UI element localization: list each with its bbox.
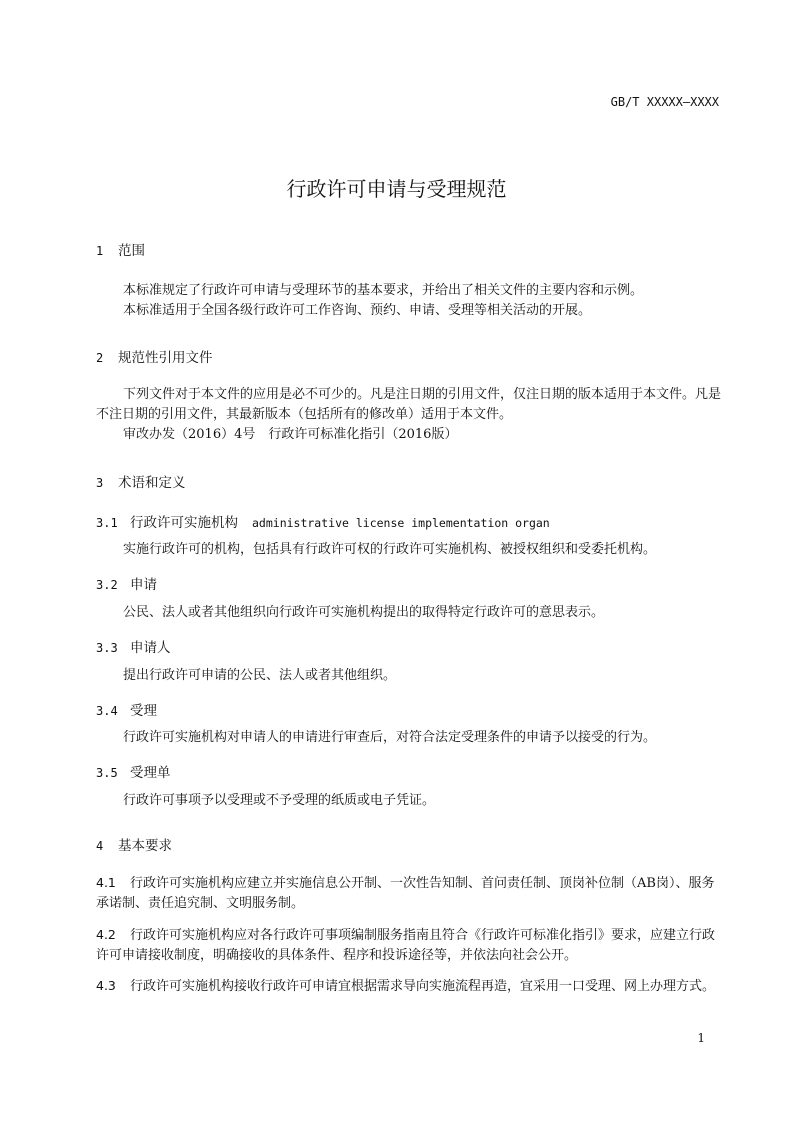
section-number: 3 bbox=[96, 476, 118, 490]
section-heading-2: 2规范性引用文件 bbox=[96, 346, 213, 366]
requirement-4-1: 4.1行政许可实施机构应建立并实施信息公开制、一次性告知制、首问责任制、顶岗补位… bbox=[96, 873, 724, 914]
term-definition: 行政许可事项予以受理或不予受理的纸质或电子凭证。 bbox=[96, 791, 724, 811]
term-heading-3-1: 3.1行政许可实施机构administrative license implem… bbox=[96, 511, 550, 531]
term-number: 3.4 bbox=[96, 704, 130, 718]
term-number: 3.3 bbox=[96, 641, 130, 655]
section-heading-4: 4基本要求 bbox=[96, 834, 172, 854]
paragraph: 本标准适用于全国各级行政许可工作咨询、预约、申请、受理等相关活动的开展。 bbox=[96, 301, 724, 321]
clause-number: 4.3 bbox=[96, 976, 130, 996]
section-title: 术语和定义 bbox=[118, 475, 186, 491]
section-title: 规范性引用文件 bbox=[118, 350, 213, 366]
section-heading-1: 1范围 bbox=[96, 239, 145, 259]
clause-text: 行政许可实施机构应建立并实施信息公开制、一次性告知制、首问责任制、顶岗补位制（A… bbox=[96, 876, 714, 911]
term-number: 3.5 bbox=[96, 766, 130, 780]
term-name: 受理 bbox=[130, 703, 157, 719]
term-name: 申请 bbox=[130, 577, 157, 593]
standard-code: GB/T XXXXX—XXXX bbox=[611, 95, 719, 109]
clause-number: 4.2 bbox=[96, 925, 130, 945]
term-definition: 提出行政许可申请的公民、法人或者其他组织。 bbox=[96, 666, 724, 686]
term-heading-3-5: 3.5受理单 bbox=[96, 761, 171, 781]
term-number: 3.1 bbox=[96, 516, 130, 530]
paragraph: 下列文件对于本文件的应用是必不可少的。凡是注日期的引用文件，仅注日期的版本适用于… bbox=[96, 385, 724, 425]
section-title: 范围 bbox=[118, 243, 145, 259]
term-definition: 公民、法人或者其他组织向行政许可实施机构提出的取得特定行政许可的意思表示。 bbox=[96, 603, 724, 623]
document-title: 行政许可申请与受理规范 bbox=[0, 173, 793, 202]
term-english: administrative license implementation or… bbox=[252, 516, 550, 530]
term-heading-3-3: 3.3申请人 bbox=[96, 636, 171, 656]
paragraph: 本标准规定了行政许可申请与受理环节的基本要求，并给出了相关文件的主要内容和示例。 bbox=[96, 281, 724, 301]
term-number: 3.2 bbox=[96, 578, 130, 592]
section-number: 4 bbox=[96, 839, 118, 853]
term-name: 行政许可实施机构 bbox=[130, 515, 238, 531]
section-heading-3: 3术语和定义 bbox=[96, 471, 186, 491]
term-definition: 实施行政许可的机构，包括具有行政许可权的行政许可实施机构、被授权组织和受委托机构… bbox=[96, 540, 724, 560]
requirement-4-3: 4.3行政许可实施机构接收行政许可申请宜根据需求导向实施流程再造，宜采用一口受理… bbox=[96, 976, 724, 997]
clause-text: 行政许可实施机构接收行政许可申请宜根据需求导向实施流程再造，宜采用一口受理、网上… bbox=[130, 979, 715, 994]
clause-text: 行政许可实施机构应对各行政许可事项编制服务指南且符合《行政许可标准化指引》要求，… bbox=[96, 928, 715, 963]
section-number: 1 bbox=[96, 244, 118, 258]
term-name: 申请人 bbox=[130, 640, 171, 656]
section-title: 基本要求 bbox=[118, 838, 172, 854]
clause-number: 4.1 bbox=[96, 873, 130, 893]
term-definition: 行政许可实施机构对申请人的申请进行审查后，对符合法定受理条件的申请予以接受的行为… bbox=[96, 728, 724, 748]
term-heading-3-2: 3.2申请 bbox=[96, 573, 157, 593]
term-name: 受理单 bbox=[130, 765, 171, 781]
term-heading-3-4: 3.4受理 bbox=[96, 699, 157, 719]
page-number: 1 bbox=[697, 1031, 705, 1045]
section-number: 2 bbox=[96, 351, 118, 365]
requirement-4-2: 4.2行政许可实施机构应对各行政许可事项编制服务指南且符合《行政许可标准化指引》… bbox=[96, 925, 724, 966]
normative-reference: 审改办发（2016）4号 行政许可标准化指引（2016版） bbox=[96, 425, 724, 445]
